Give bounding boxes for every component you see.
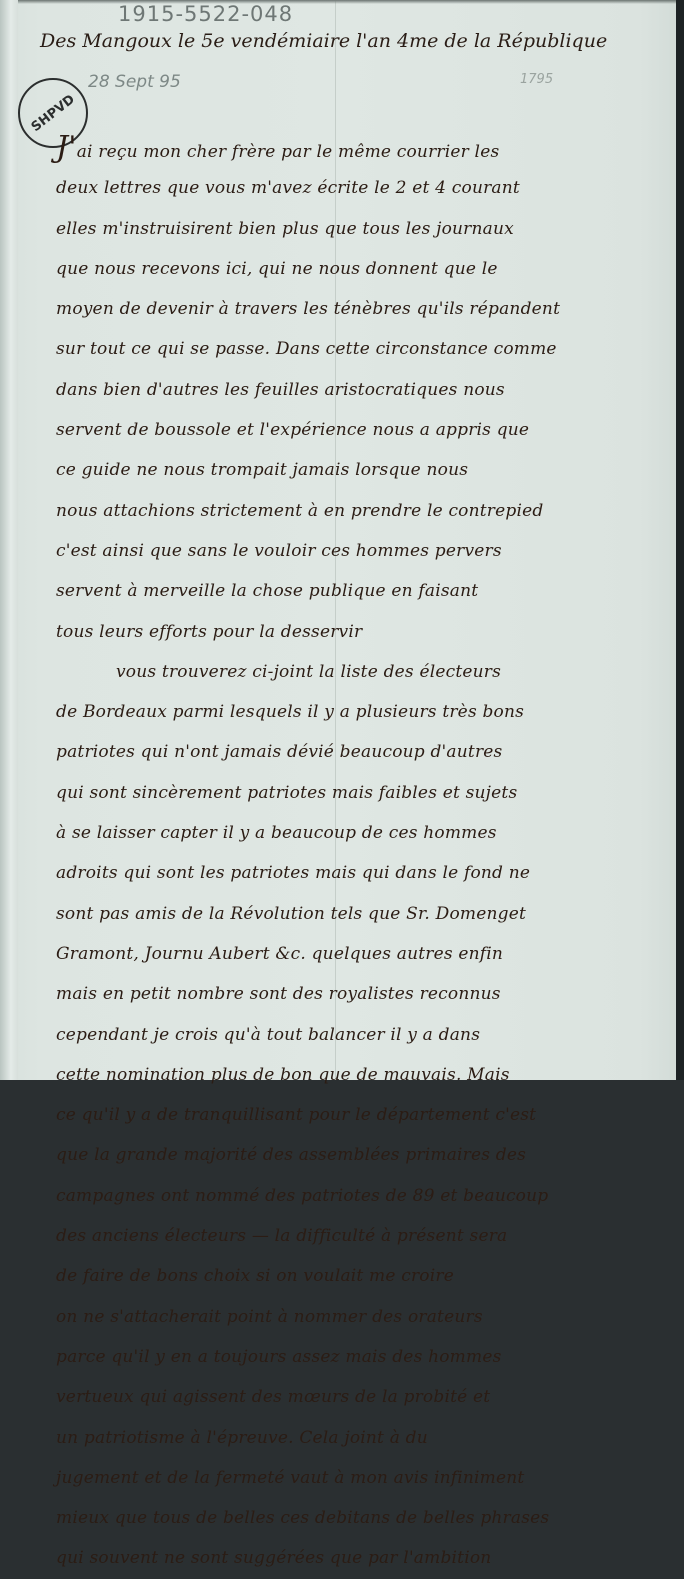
- top-edge-shadow: [0, 0, 676, 4]
- text-line: ce guide ne nous trompait jamais lorsque…: [56, 450, 656, 490]
- date-annotation: 28 Sept 95: [88, 72, 181, 92]
- text-line: à se laisser capter il y a beaucoup de c…: [56, 813, 656, 853]
- scan-right-border: [676, 0, 684, 1080]
- letter-page: 1915-5522-048 Des Mangoux le 5e vendémia…: [0, 0, 676, 1080]
- pencil-year-mark: 1795: [520, 72, 553, 87]
- text-line: patriotes qui n'ont jamais dévié beaucou…: [56, 732, 656, 772]
- text-line: sont pas amis de la Révolution tels que …: [56, 894, 656, 934]
- text-line: nous attachions strictement à en prendre…: [56, 491, 656, 531]
- text-line: servent à merveille la chose publique en…: [56, 571, 656, 611]
- text-line: J'ai reçu mon cher frère par le même cou…: [56, 128, 656, 168]
- text-line: que nous recevons ici, qui ne nous donne…: [56, 249, 656, 289]
- text-line: dans bien d'autres les feuilles aristocr…: [56, 370, 656, 410]
- text-line: cette nomination plus de bon que de mauv…: [56, 1055, 656, 1080]
- letter-body: J'ai reçu mon cher frère par le même cou…: [56, 128, 656, 1080]
- text-line: elles m'instruisirent bien plus que tous…: [56, 209, 656, 249]
- text-line: vous trouverez ci-joint la liste des éle…: [56, 652, 656, 692]
- text-line: cependant je crois qu'à tout balancer il…: [56, 1015, 656, 1055]
- text-line: deux lettres que vous m'avez écrite le 2…: [56, 168, 656, 208]
- text-line: moyen de devenir à travers les ténèbres …: [56, 289, 656, 329]
- text-line: c'est ainsi que sans le vouloir ces homm…: [56, 531, 656, 571]
- text-line: servent de boussole et l'expérience nous…: [56, 410, 656, 450]
- text-line: sur tout ce qui se passe. Dans cette cir…: [56, 329, 656, 369]
- text-line: tous leurs efforts pour la desservir: [56, 612, 656, 652]
- text-line: adroits qui sont les patriotes mais qui …: [56, 853, 656, 893]
- text-line: Gramont, Journu Aubert &c. quelques autr…: [56, 934, 656, 974]
- text-line: qui sont sincèrement patriotes mais faib…: [56, 773, 656, 813]
- archive-number: 1915-5522-048: [118, 2, 293, 26]
- text-line: de Bordeaux parmi lesquels il y a plusie…: [56, 692, 656, 732]
- left-fold: [0, 0, 18, 1080]
- letter-heading: Des Mangoux le 5e vendémiaire l'an 4me d…: [40, 30, 670, 52]
- text-line: mais en petit nombre sont des royalistes…: [56, 974, 656, 1014]
